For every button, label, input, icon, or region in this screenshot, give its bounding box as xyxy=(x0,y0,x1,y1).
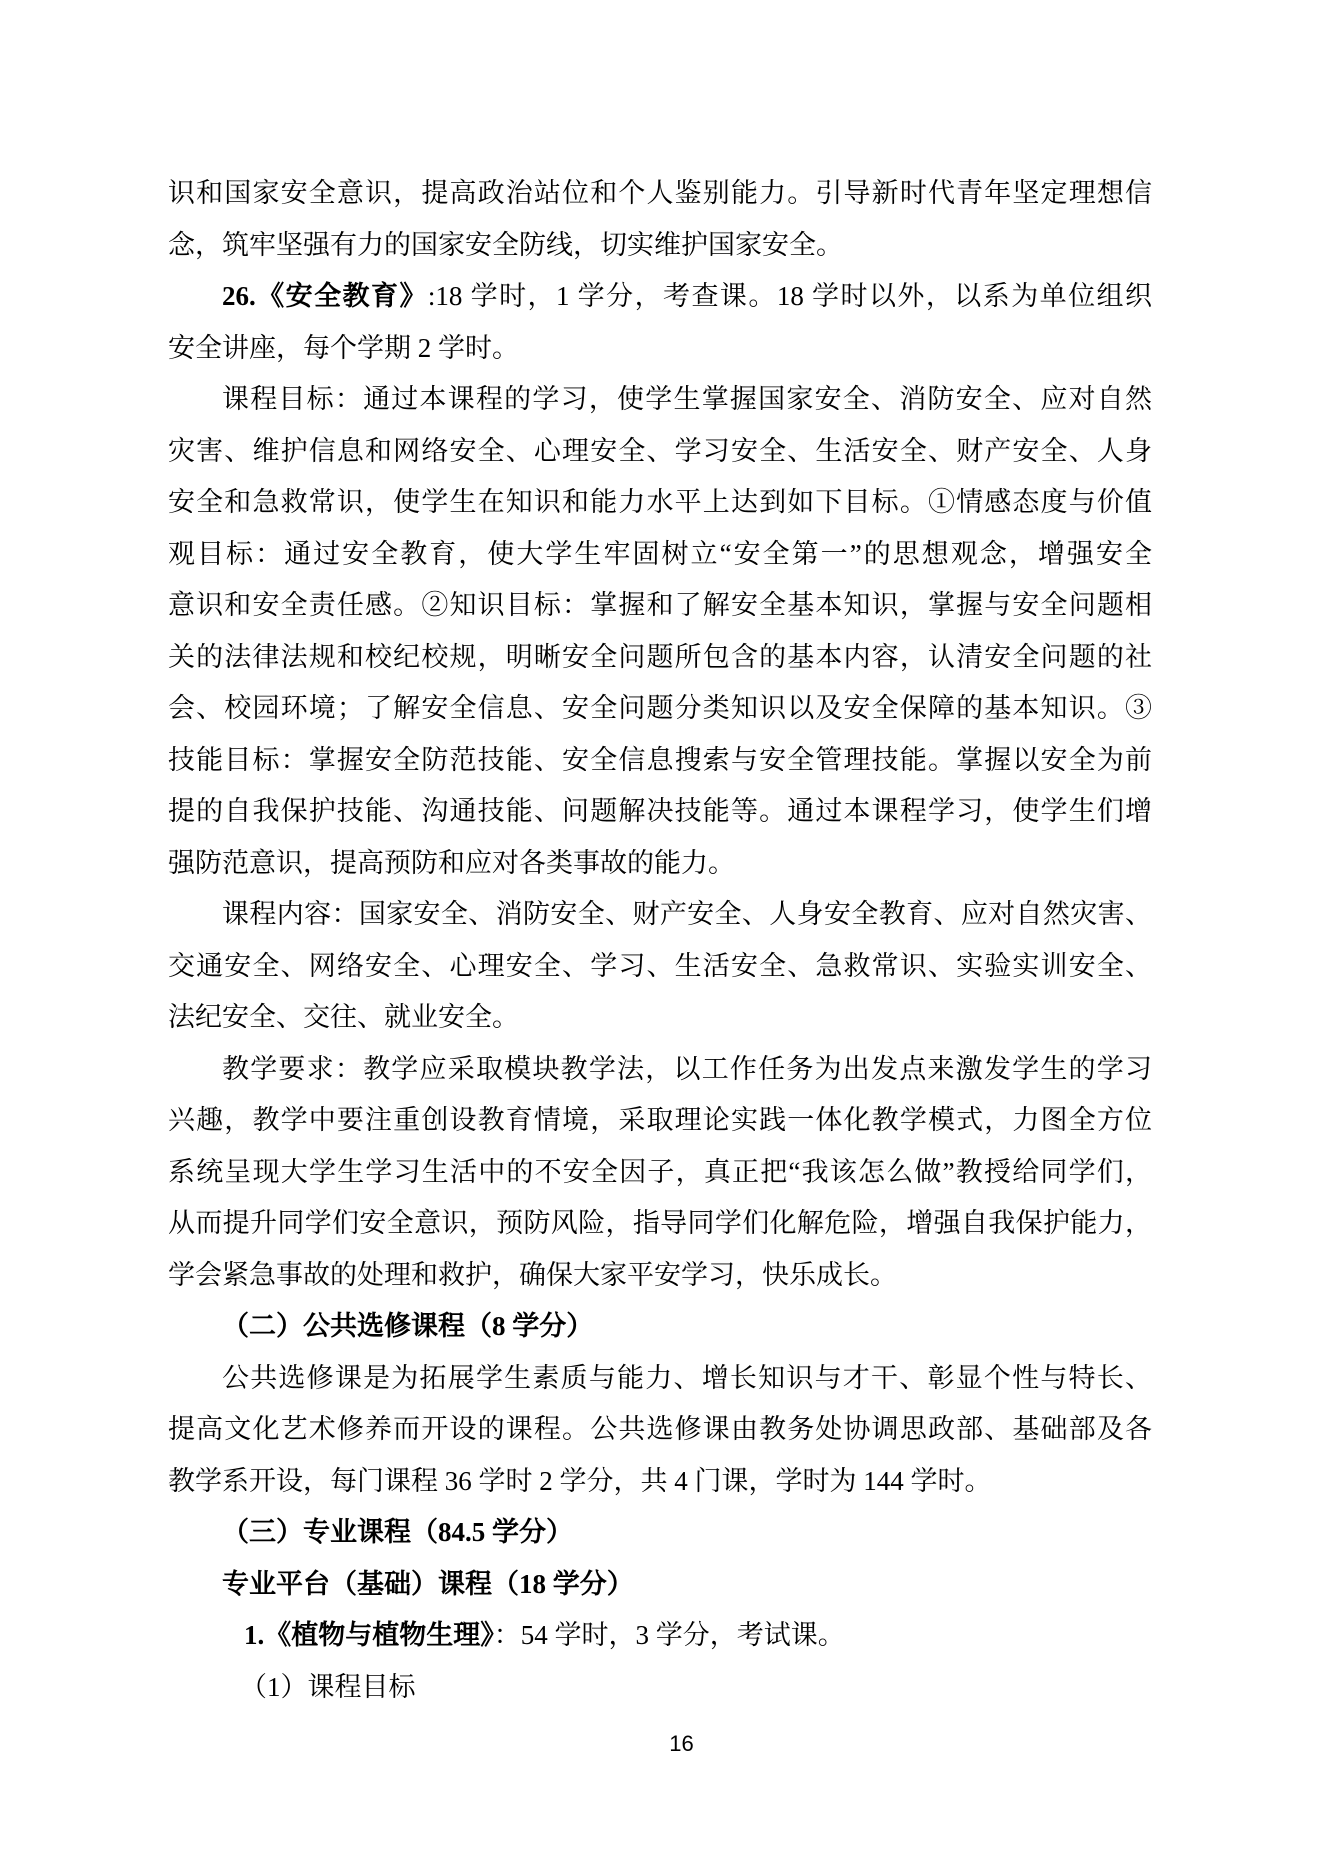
text-line: （三）专业课程（84.5 学分） xyxy=(168,1507,1152,1559)
text-segment: 兴趣，教学中要注重创设教育情境，采取理论实践一体化教学模式，力图全方位 xyxy=(168,1105,1152,1135)
text-line: 提高文化艺术修养而开设的课程。公共选修课由教务处协调思政部、基础部及各 xyxy=(168,1404,1152,1456)
text-segment: 提高文化艺术修养而开设的课程。公共选修课由教务处协调思政部、基础部及各 xyxy=(168,1414,1152,1444)
text-line: 公共选修课是为拓展学生素质与能力、增长知识与才干、彰显个性与特长、 xyxy=(168,1353,1152,1405)
text-segment: 课程目标：通过本课程的学习，使学生掌握国家安全、消防安全、应对自然 xyxy=(222,384,1152,414)
text-segment: 交通安全、网络安全、心理安全、学习、生活安全、急救常识、实验实训安全、 xyxy=(168,951,1152,981)
text-segment: 灾害、维护信息和网络安全、心理安全、学习安全、生活安全、财产安全、人身 xyxy=(168,436,1152,466)
bold-text-segment: 专业平台（基础）课程（18 学分） xyxy=(222,1569,634,1599)
text-line: 课程内容：国家安全、消防安全、财产安全、人身安全教育、应对自然灾害、 xyxy=(168,889,1152,941)
text-segment: 强防范意识，提高预防和应对各类事故的能力。 xyxy=(168,848,735,878)
text-segment: 技能目标：掌握安全防范技能、安全信息搜索与安全管理技能。掌握以安全为前 xyxy=(168,745,1152,775)
text-line: 教学要求：教学应采取模块教学法，以工作任务为出发点来激发学生的学习 xyxy=(168,1044,1152,1096)
text-segment: 课程内容：国家安全、消防安全、财产安全、人身安全教育、应对自然灾害、 xyxy=(222,899,1152,929)
text-line: 提的自我保护技能、沟通技能、问题解决技能等。通过本课程学习，使学生们增 xyxy=(168,786,1152,838)
text-segment: 观目标：通过安全教育，使大学生牢固树立“安全第一”的思想观念，增强安全 xyxy=(168,539,1152,569)
text-line: 强防范意识，提高预防和应对各类事故的能力。 xyxy=(168,838,1152,890)
text-line: 观目标：通过安全教育，使大学生牢固树立“安全第一”的思想观念，增强安全 xyxy=(168,529,1152,581)
text-segment: （1）课程目标 xyxy=(240,1672,416,1702)
text-line: （二）公共选修课程（8 学分） xyxy=(168,1301,1152,1353)
text-line: 交通安全、网络安全、心理安全、学习、生活安全、急救常识、实验实训安全、 xyxy=(168,941,1152,993)
text-segment: 识和国家安全意识，提高政治站位和个人鉴别能力。引导新时代青年坚定理想信 xyxy=(168,178,1152,208)
text-segment: 安全讲座，每个学期 2 学时。 xyxy=(168,333,519,363)
text-line: 安全和急救常识，使学生在知识和能力水平上达到如下目标。①情感态度与价值 xyxy=(168,477,1152,529)
text-line: 系统呈现大学生学习生活中的不安全因子，真正把“我该怎么做”教授给同学们， xyxy=(168,1147,1152,1199)
text-segment: 念，筑牢坚强有力的国家安全防线，切实维护国家安全。 xyxy=(168,230,843,260)
bold-text-segment: （三）专业课程（84.5 学分） xyxy=(222,1517,573,1547)
text-line: 教学系开设，每门课程 36 学时 2 学分，共 4 门课，学时为 144 学时。 xyxy=(168,1456,1152,1508)
text-line: 灾害、维护信息和网络安全、心理安全、学习安全、生活安全、财产安全、人身 xyxy=(168,426,1152,478)
bold-text-segment: （二）公共选修课程（8 学分） xyxy=(222,1311,593,1341)
text-segment: 安全和急救常识，使学生在知识和能力水平上达到如下目标。①情感态度与价值 xyxy=(168,487,1152,517)
text-segment: 学会紧急事故的处理和救护，确保大家平安学习，快乐成长。 xyxy=(168,1260,897,1290)
document-page: 识和国家安全意识，提高政治站位和个人鉴别能力。引导新时代青年坚定理想信念，筑牢坚… xyxy=(0,0,1323,1871)
text-segment: 法纪安全、交往、就业安全。 xyxy=(168,1002,519,1032)
text-line: 意识和安全责任感。②知识目标：掌握和了解安全基本知识，掌握与安全问题相 xyxy=(168,580,1152,632)
text-lines: 识和国家安全意识，提高政治站位和个人鉴别能力。引导新时代青年坚定理想信念，筑牢坚… xyxy=(168,168,1152,1713)
text-line: 兴趣，教学中要注重创设教育情境，采取理论实践一体化教学模式，力图全方位 xyxy=(168,1095,1152,1147)
text-line: 念，筑牢坚强有力的国家安全防线，切实维护国家安全。 xyxy=(168,220,1152,272)
text-line: 法纪安全、交往、就业安全。 xyxy=(168,992,1152,1044)
text-segment: ：54 学时，3 学分，考试课。 xyxy=(494,1620,845,1650)
text-segment: 系统呈现大学生学习生活中的不安全因子，真正把“我该怎么做”教授给同学们， xyxy=(168,1157,1152,1187)
text-segment: 关的法律法规和校纪校规，明晰安全问题所包含的基本内容，认清安全问题的社 xyxy=(168,642,1152,672)
text-segment: 从而提升同学们安全意识，预防风险，指导同学们化解危险，增强自我保护能力， xyxy=(168,1208,1152,1238)
text-line: 安全讲座，每个学期 2 学时。 xyxy=(168,323,1152,375)
text-segment: 教学要求：教学应采取模块教学法，以工作任务为出发点来激发学生的学习 xyxy=(222,1054,1152,1084)
text-line: （1）课程目标 xyxy=(168,1662,1152,1714)
text-segment: 意识和安全责任感。②知识目标：掌握和了解安全基本知识，掌握与安全问题相 xyxy=(168,590,1152,620)
text-line: 26.《安全教育》:18 学时，1 学分，考查课。18 学时以外，以系为单位组织 xyxy=(168,271,1152,323)
text-line: 课程目标：通过本课程的学习，使学生掌握国家安全、消防安全、应对自然 xyxy=(168,374,1152,426)
bold-text-segment: 26.《安全教育》 xyxy=(222,281,428,311)
text-line: 专业平台（基础）课程（18 学分） xyxy=(168,1559,1152,1611)
text-segment: 公共选修课是为拓展学生素质与能力、增长知识与才干、彰显个性与特长、 xyxy=(222,1363,1152,1393)
text-line: 会、校园环境；了解安全信息、安全问题分类知识以及安全保障的基本知识。③ xyxy=(168,683,1152,735)
text-segment: 提的自我保护技能、沟通技能、问题解决技能等。通过本课程学习，使学生们增 xyxy=(168,796,1152,826)
text-segment: 教学系开设，每门课程 36 学时 2 学分，共 4 门课，学时为 144 学时。 xyxy=(168,1466,992,1496)
bold-text-segment: 1.《植物与植物生理》 xyxy=(244,1620,494,1650)
text-line: 识和国家安全意识，提高政治站位和个人鉴别能力。引导新时代青年坚定理想信 xyxy=(168,168,1152,220)
text-line: 关的法律法规和校纪校规，明晰安全问题所包含的基本内容，认清安全问题的社 xyxy=(168,632,1152,684)
text-segment: 会、校园环境；了解安全信息、安全问题分类知识以及安全保障的基本知识。③ xyxy=(168,693,1152,723)
text-line: 1.《植物与植物生理》：54 学时，3 学分，考试课。 xyxy=(168,1610,1152,1662)
text-line: 从而提升同学们安全意识，预防风险，指导同学们化解危险，增强自我保护能力， xyxy=(168,1198,1152,1250)
text-segment: :18 学时，1 学分，考查课。18 学时以外，以系为单位组织 xyxy=(428,281,1152,311)
text-line: 技能目标：掌握安全防范技能、安全信息搜索与安全管理技能。掌握以安全为前 xyxy=(168,735,1152,787)
page-number: 16 xyxy=(0,1731,1323,1757)
text-line: 学会紧急事故的处理和救护，确保大家平安学习，快乐成长。 xyxy=(168,1250,1152,1302)
